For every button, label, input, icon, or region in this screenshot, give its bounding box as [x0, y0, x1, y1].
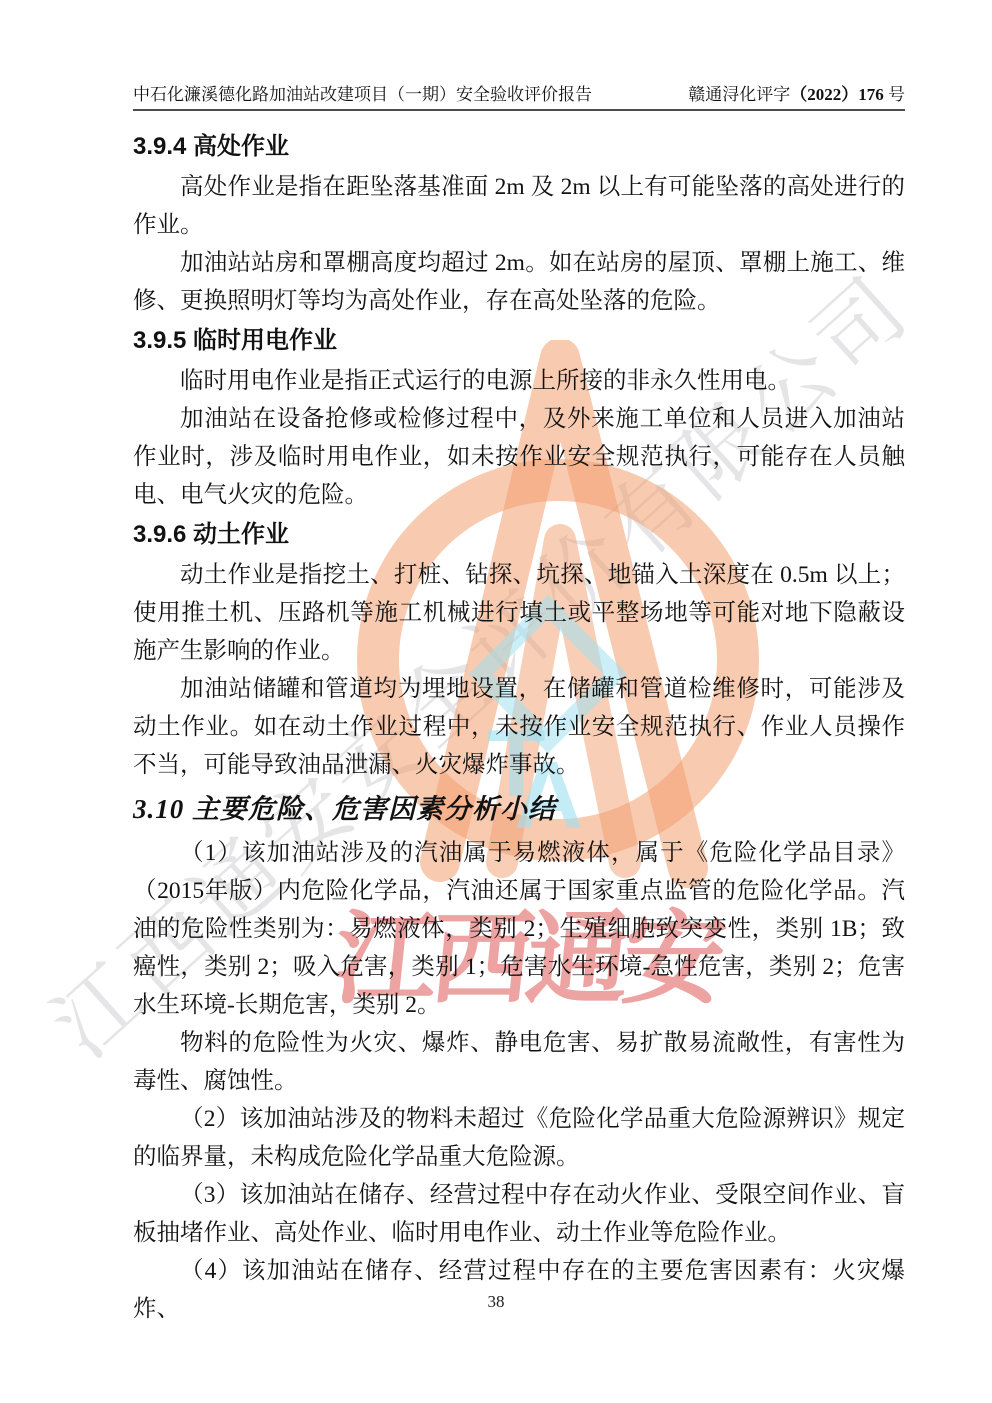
body-paragraph: （1）该加油站涉及的汽油属于易燃液体，属于《危险化学品目录》（2015年版）内危… — [133, 834, 905, 1024]
report-page: 江西通安安全评价有限公司 T A 江西通安 中石化濂溪德化路加油站改建项目（一期… — [0, 0, 992, 1403]
header-doc-number-suffix: 号 — [884, 85, 905, 104]
header-doc-number-code: （2022）176 — [790, 85, 884, 104]
page-content: 中石化濂溪德化路加油站改建项目（一期）安全验收评价报告 赣通浔化评字（2022）… — [133, 84, 905, 1328]
body-paragraph: （2）该加油站涉及的物料未超过《危险化学品重大危险源辨识》规定的临界量，未构成危… — [133, 1100, 905, 1176]
body-paragraph: 物料的危险性为火灾、爆炸、静电危害、易扩散易流敞性，有害性为毒性、腐蚀性。 — [133, 1024, 905, 1100]
body-paragraph: 高处作业是指在距坠落基准面 2m 及 2m 以上有可能坠落的高处进行的作业。 — [133, 168, 905, 244]
body-paragraph: 动土作业是指挖土、打桩、钻探、坑探、地锚入土深度在 0.5m 以上；使用推土机、… — [133, 556, 905, 670]
header-doc-number-prefix: 赣通浔化评字 — [688, 85, 790, 104]
section-heading-3-9-6: 3.9.6 动土作业 — [133, 514, 905, 556]
document-body: 3.9.4 高处作业 高处作业是指在距坠落基准面 2m 及 2m 以上有可能坠落… — [133, 126, 905, 1328]
header-report-title: 中石化濂溪德化路加油站改建项目（一期）安全验收评价报告 — [133, 84, 592, 106]
section-heading-3-10: 3.10 主要危险、危害因素分析小结 — [133, 784, 905, 834]
header-doc-number: 赣通浔化评字（2022）176 号 — [688, 84, 905, 106]
footer-page-number: 38 — [0, 1292, 992, 1312]
body-paragraph: 加油站站房和罩棚高度均超过 2m。如在站房的屋顶、罩棚上施工、维修、更换照明灯等… — [133, 244, 905, 320]
body-paragraph: （3）该加油站在储存、经营过程中存在动火作业、受限空间作业、盲板抽堵作业、高处作… — [133, 1176, 905, 1252]
section-heading-3-9-5: 3.9.5 临时用电作业 — [133, 320, 905, 362]
body-paragraph: 加油站储罐和管道均为埋地设置，在储罐和管道检维修时，可能涉及动土作业。如在动土作… — [133, 670, 905, 784]
page-header: 中石化濂溪德化路加油站改建项目（一期）安全验收评价报告 赣通浔化评字（2022）… — [133, 84, 905, 111]
body-paragraph: 加油站在设备抢修或检修过程中，及外来施工单位和人员进入加油站作业时，涉及临时用电… — [133, 400, 905, 514]
body-paragraph: 临时用电作业是指正式运行的电源上所接的非永久性用电。 — [133, 362, 905, 400]
section-heading-3-9-4: 3.9.4 高处作业 — [133, 126, 905, 168]
body-paragraph: （4）该加油站在储存、经营过程中存在的主要危害因素有：火灾爆炸、 — [133, 1252, 905, 1328]
